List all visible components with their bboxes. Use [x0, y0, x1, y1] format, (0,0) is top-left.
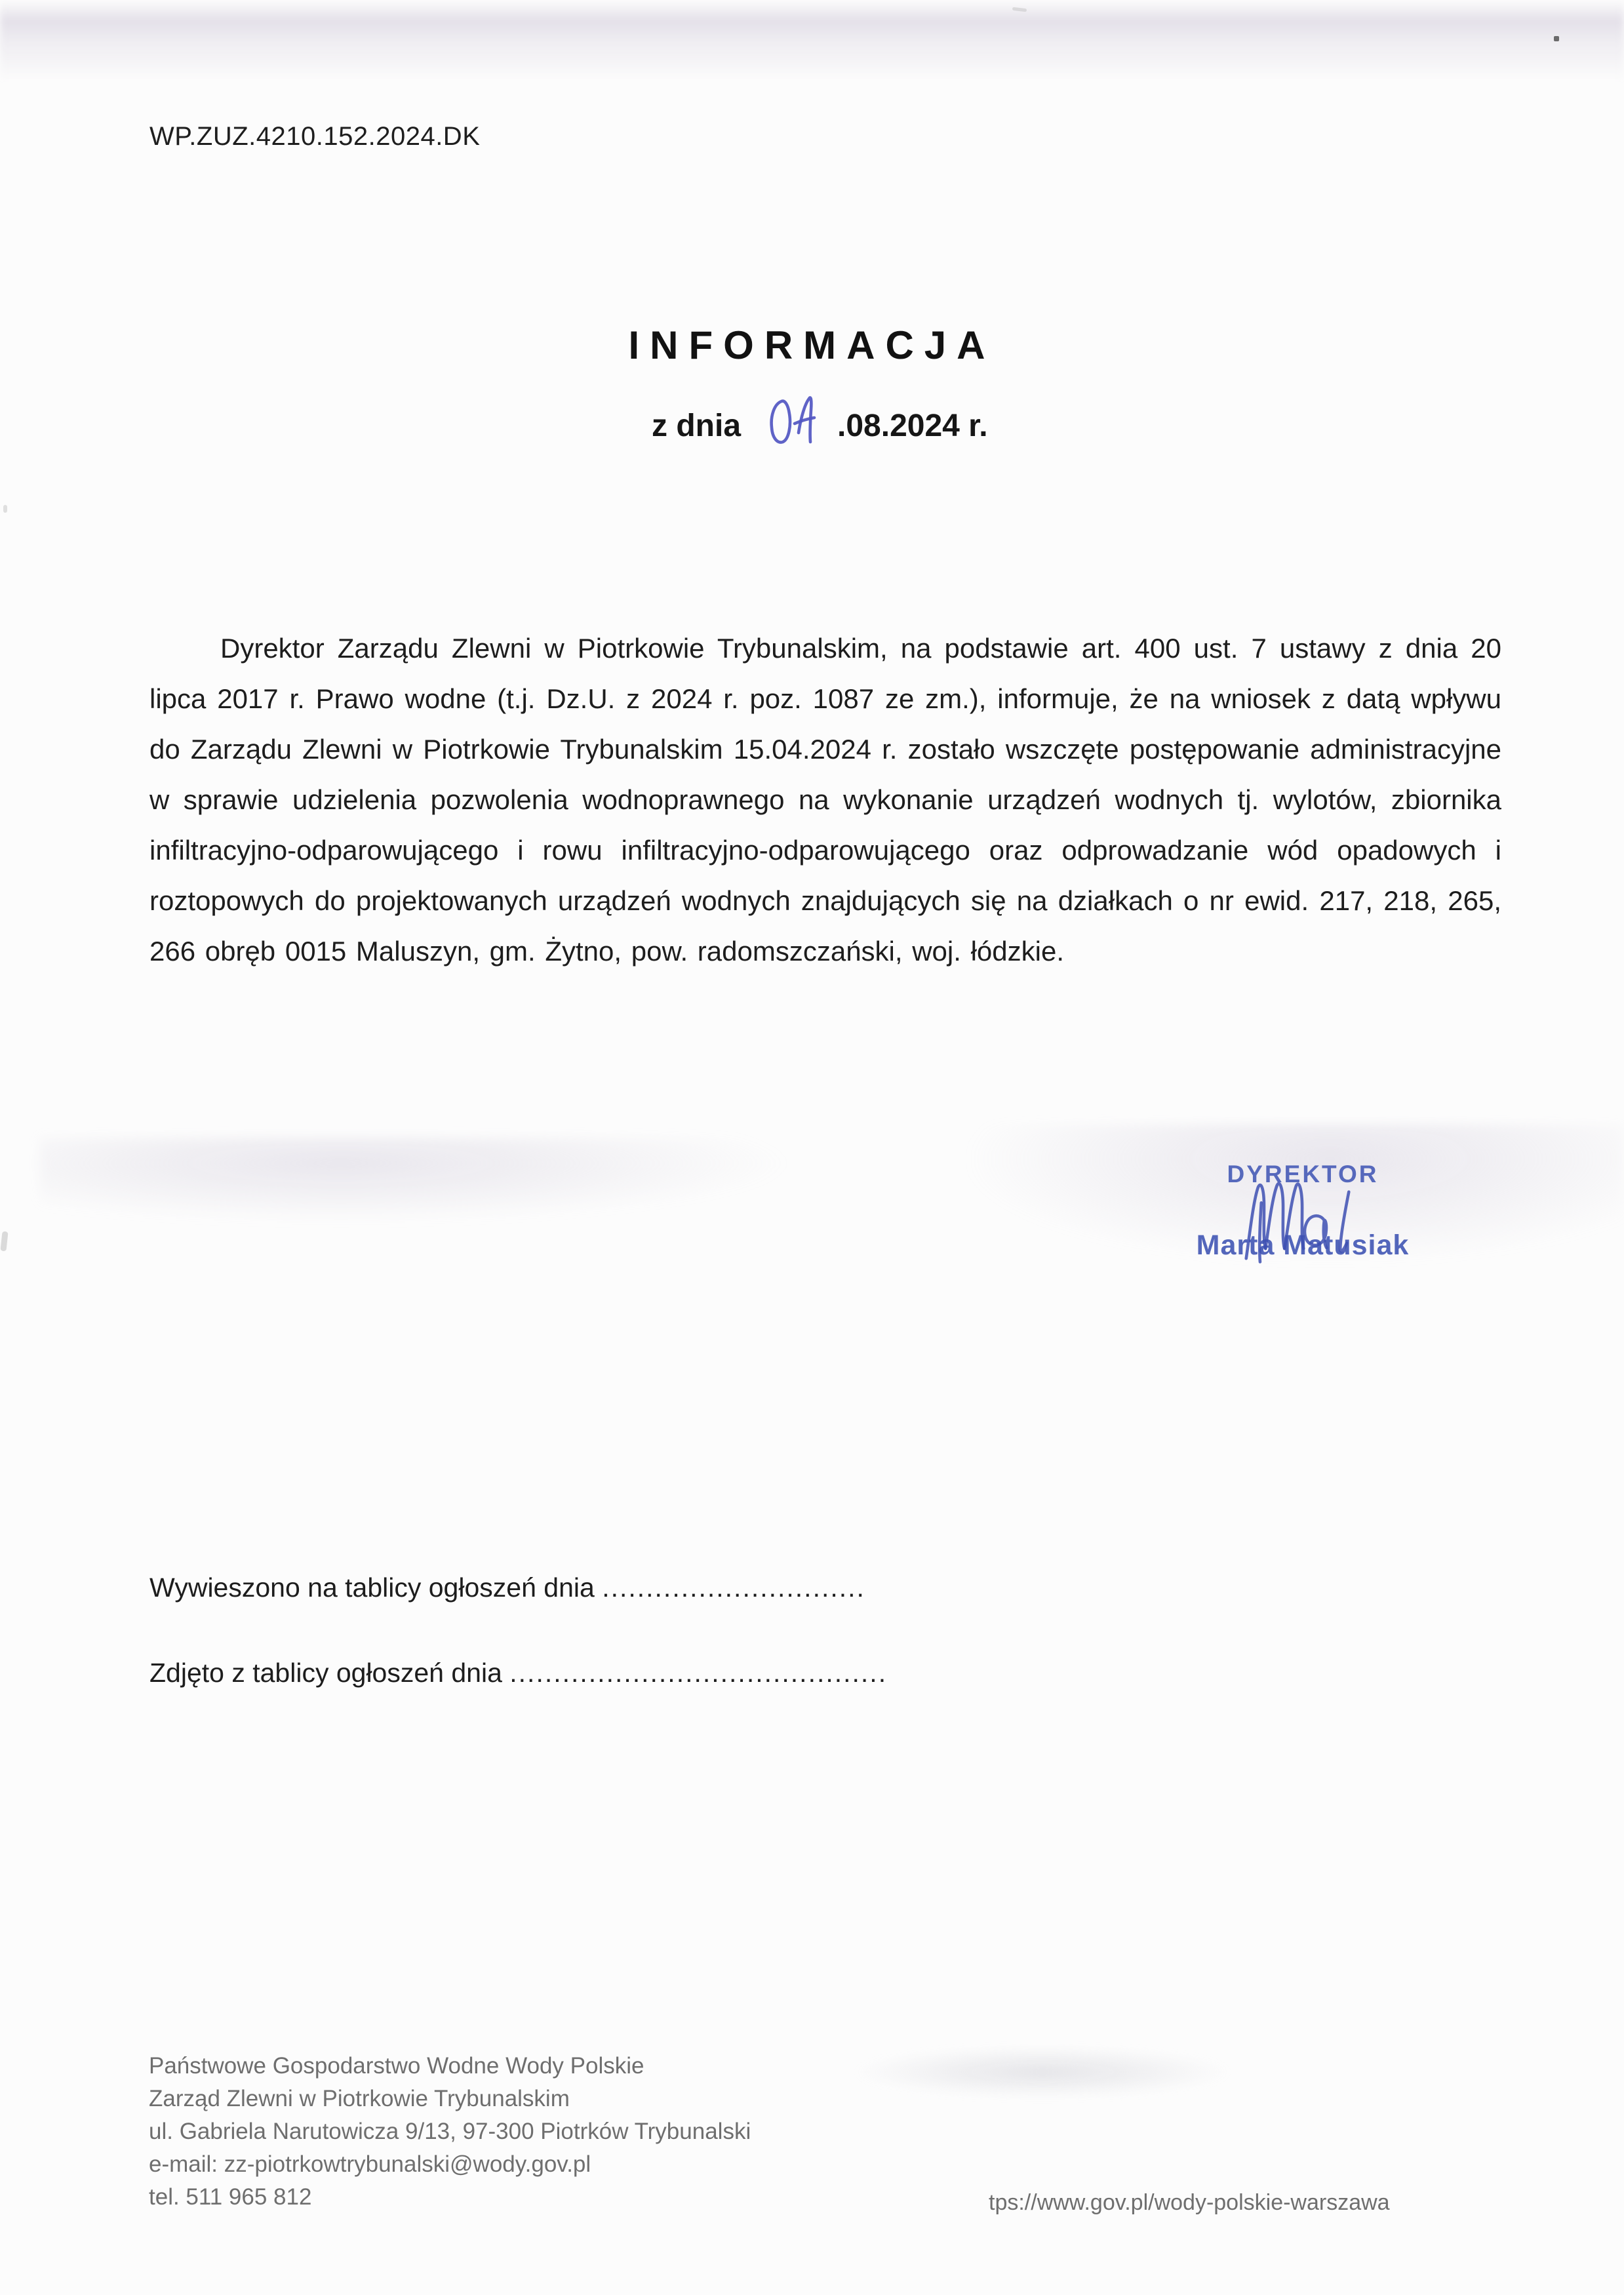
signature-stamp: DYREKTOR Marta Matusiak: [1165, 1161, 1440, 1262]
date-prefix: z dnia: [652, 408, 741, 444]
scan-speck: [3, 505, 7, 513]
scan-speck: [1554, 36, 1559, 41]
scan-smudge-patch: [852, 2046, 1233, 2098]
removed-on-line: Zdjęto z tablicy ogłoszeń dnia .........…: [149, 1658, 887, 1688]
body-paragraph: Dyrektor Zarządu Zlewni w Piotrkowie Try…: [149, 623, 1501, 976]
removed-on-dotted-blank: ........................................…: [509, 1658, 887, 1688]
scan-speck: [0, 1231, 8, 1252]
scan-speck: [1012, 7, 1027, 12]
scan-smudge-band: [0, 0, 1624, 82]
date-suffix: .08.2024 r.: [837, 408, 988, 444]
scan-smudge-band: [39, 1138, 793, 1223]
scanned-document-page: WP.ZUZ.4210.152.2024.DK INFORMACJA z dni…: [0, 0, 1624, 2295]
footer-website: tps://www.gov.pl/wody-polskie-warszawa: [989, 2190, 1390, 2216]
document-title: INFORMACJA: [0, 323, 1624, 368]
letterhead-footer: Państwowe Gospodarstwo Wodne Wody Polski…: [149, 2050, 751, 2214]
footer-email: e-mail: zz-piotrkowtrybunalski@wody.gov.…: [149, 2148, 751, 2181]
footer-org-name: Państwowe Gospodarstwo Wodne Wody Polski…: [149, 2050, 751, 2083]
posted-on-dotted-blank: ..............................: [602, 1572, 865, 1603]
reference-number: WP.ZUZ.4210.152.2024.DK: [149, 122, 480, 151]
handwritten-day-ink: [764, 393, 825, 445]
footer-phone: tel. 511 965 812: [149, 2181, 751, 2214]
posted-on-line: Wywieszono na tablicy ogłoszeń dnia ....…: [149, 1572, 865, 1603]
footer-branch-name: Zarząd Zlewni w Piotrkowie Trybunalskim: [149, 2083, 751, 2115]
footer-address: ul. Gabriela Narutowicza 9/13, 97-300 Pi…: [149, 2115, 751, 2148]
posted-on-label: Wywieszono na tablicy ogłoszeń dnia: [149, 1572, 602, 1603]
signature-scribble-icon: [1237, 1176, 1375, 1273]
removed-on-label: Zdjęto z tablicy ogłoszeń dnia: [149, 1658, 509, 1688]
